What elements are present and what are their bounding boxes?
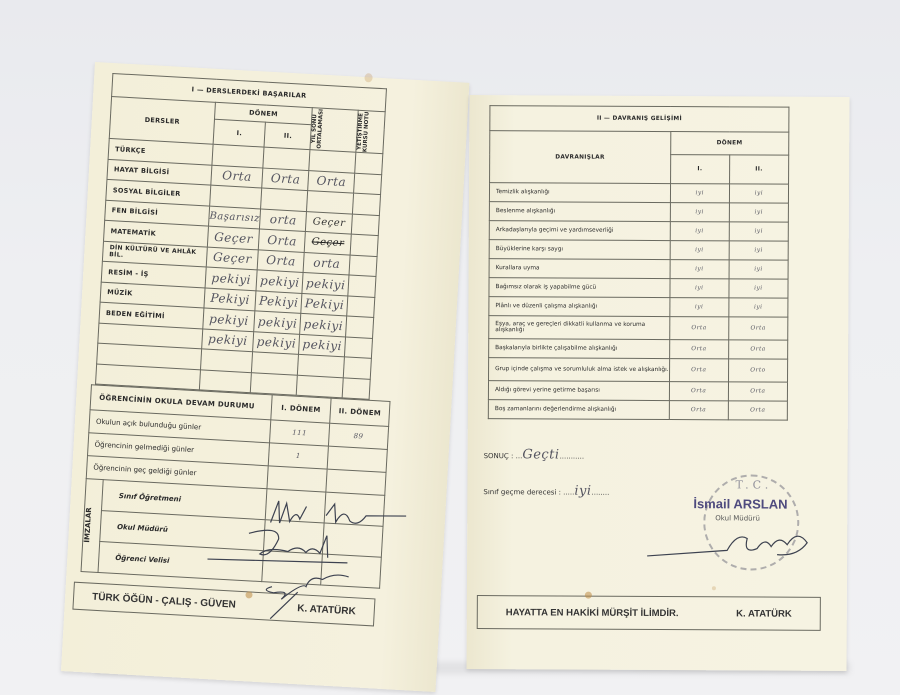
table-row: Grup içinde çalışma ve sorumluluk alma i… (489, 358, 788, 383)
col-behaviors: DAVRANIŞLAR (490, 131, 671, 184)
table-row: Büyüklerine karşı saygıiyiiyi (489, 240, 788, 261)
result-label: SONUÇ : (484, 452, 514, 460)
col-term2: II. (729, 155, 788, 184)
table-row: Kurallara uymaiyiiyi (489, 259, 788, 280)
result-value: Geçti (522, 447, 559, 462)
behavior-table: II — DAVRANIŞ GELİŞİMİ DAVRANIŞLAR DÖNEM… (488, 105, 790, 421)
age-spot (364, 73, 372, 82)
table-row: Arkadaşlarıyla geçimi ve yardımseverliği… (489, 221, 788, 242)
report-card-left-page: I — DERSLERDEKİ BAŞARILAR DERSLER DÖNEM … (61, 62, 469, 692)
right-motto-box: HAYATTA EN HAKİKİ MÜRŞİT İLİMDİR. K. ATA… (477, 595, 821, 631)
col-term1: I. (670, 155, 729, 184)
col-term-group: DÖNEM (670, 132, 788, 156)
motto-text: TÜRK ÖĞÜN - ÇALIŞ - GÜVEN (92, 591, 236, 610)
col-term1: I. (213, 119, 266, 147)
table-row: Boş zamanlarını değerlendirme alışkanlığ… (488, 400, 787, 421)
grade-value: iyi (574, 484, 591, 499)
stamp-name: İsmail ARSLAN (693, 496, 787, 511)
col-term2: II. (264, 122, 311, 150)
table-row: Bağımsız olarak iş yapabilme gücüiyiiyi (489, 278, 788, 299)
principal-stamp-signature-icon (647, 524, 817, 565)
motto-text: HAYATTA EN HAKİKİ MÜRŞİT İLİMDİR. (506, 607, 679, 619)
section-title: II — DAVRANIŞ GELİŞİMİ (490, 106, 789, 133)
table-row: Temizlik alışkanlığıiyiiyi (489, 183, 788, 204)
table-row: Beslenme alışkanlığıiyiiyi (489, 202, 788, 223)
stamp-tc: T.C. (735, 478, 772, 491)
report-card-right-page: II — DAVRANIŞ GELİŞİMİ DAVRANIŞLAR DÖNEM… (466, 95, 849, 671)
grade-label: Sınıf geçme derecesi : (483, 488, 561, 496)
table-row: Plânlı ve düzenli çalışma alışkanlığıiyi… (489, 297, 788, 318)
col-term1: I. DÖNEM (271, 395, 331, 423)
result-line: SONUÇ : ...Geçti........... (484, 447, 585, 463)
age-spot (712, 586, 716, 590)
col-term2: II. DÖNEM (330, 398, 390, 426)
col-subjects: DERSLER (109, 96, 215, 144)
grades-table: I — DERSLERDEKİ BAŞARILAR DERSLER DÖNEM … (95, 73, 387, 400)
motto-author: K. ATATÜRK (736, 608, 792, 619)
table-row: Başkalarıyla birlikte çalışabilme alışka… (489, 339, 788, 360)
stamp-role: Okul Müdürü (715, 514, 760, 522)
col-year-avg: YIL SONU ORTALAMASI (310, 108, 358, 152)
table-row: Aldığı görevi yerine getirme başarısıOrt… (488, 381, 787, 402)
grade-line: Sınıf geçme derecesi : .....iyi........ (483, 483, 609, 499)
age-spot (585, 592, 592, 599)
col-support-course: YETİŞTİRME KURSU NOTU (356, 110, 385, 153)
table-row: Eşya, araç ve gereçleri dikkatli kullanm… (489, 316, 788, 341)
parent-signature-icon (250, 562, 363, 628)
